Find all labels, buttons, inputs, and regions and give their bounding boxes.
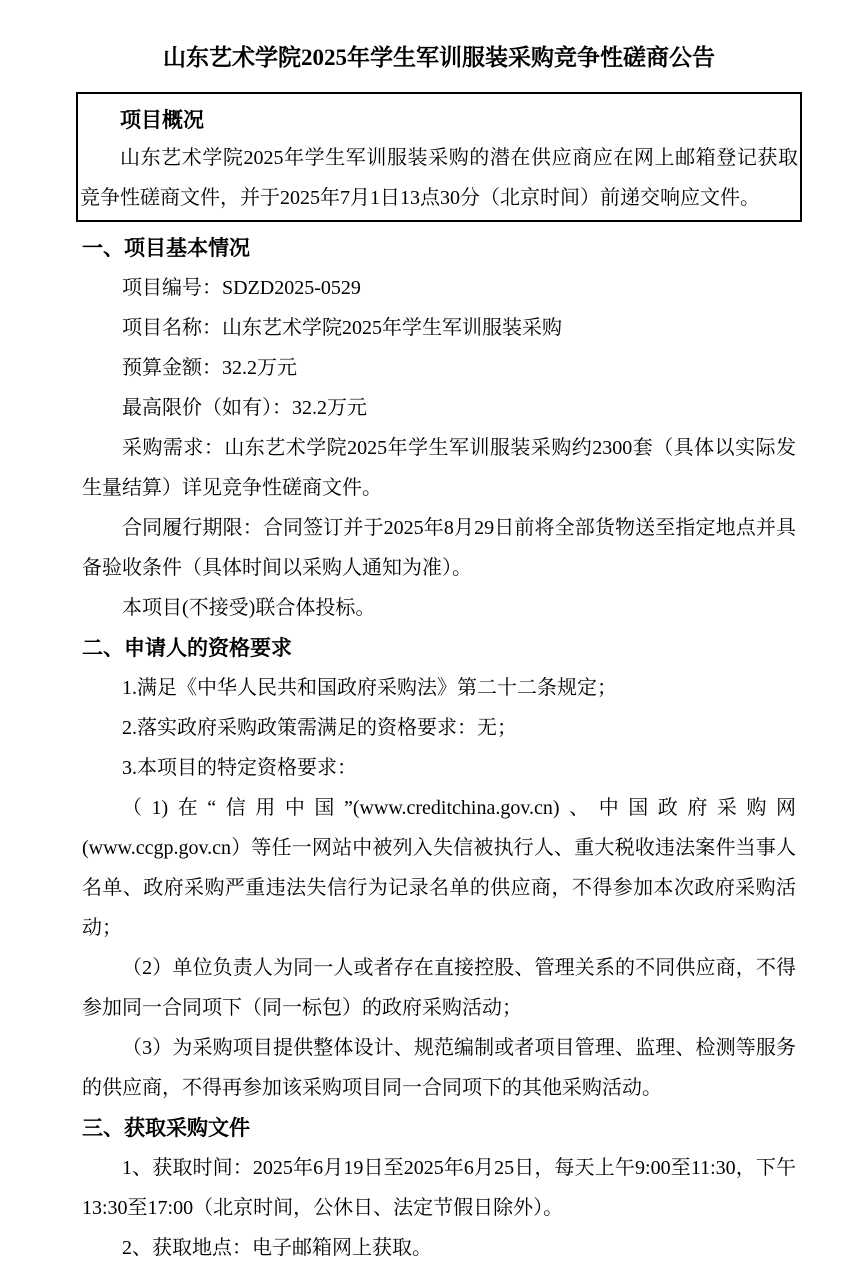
overview-heading: 项目概况 [80,102,798,138]
paragraph-project-name: 项目名称：山东艺术学院2025年学生军训服装采购 [82,308,796,348]
paragraph-qualification-3: 3.本项目的特定资格要求： [82,748,796,788]
document-title: 山东艺术学院2025年学生军训服装采购竞争性磋商公告 [82,42,796,74]
section-heading-obtain-documents: 三、获取采购文件 [82,1108,796,1148]
paragraph-project-number: 项目编号：SDZD2025-0529 [82,268,796,308]
section-heading-qualifications: 二、申请人的资格要求 [82,628,796,668]
section-heading-basic-info: 一、项目基本情况 [82,228,796,268]
paragraph-obtain-time: 1、获取时间：2025年6月19日至2025年6月25日，每天上午9:00至11… [82,1148,796,1228]
paragraph-consortium-bid: 本项目(不接受)联合体投标。 [82,588,796,628]
paragraph-qualification-1: 1.满足《中华人民共和国政府采购法》第二十二条规定； [82,668,796,708]
overview-body: 山东艺术学院2025年学生军训服装采购的潜在供应商应在网上邮箱登记获取竞争性磋商… [80,138,798,218]
section-applicant-qualifications: 二、申请人的资格要求 1.满足《中华人民共和国政府采购法》第二十二条规定； 2.… [82,628,796,1108]
document-content: 山东艺术学院2025年学生军训服装采购竞争性磋商公告 项目概况 山东艺术学院20… [0,0,856,1268]
section-basic-info: 一、项目基本情况 项目编号：SDZD2025-0529 项目名称：山东艺术学院2… [82,228,796,628]
overview-box: 项目概况 山东艺术学院2025年学生军训服装采购的潜在供应商应在网上邮箱登记获取… [76,92,802,222]
paragraph-max-price: 最高限价（如有）：32.2万元 [82,388,796,428]
paragraph-obtain-location: 2、获取地点：电子邮箱网上获取。 [82,1228,796,1268]
paragraph-contract-period: 合同履行期限：合同签订并于2025年8月29日前将全部货物送至指定地点并具备验收… [82,508,796,588]
paragraph-specific-requirement-3: （3）为采购项目提供整体设计、规范编制或者项目管理、监理、检测等服务的供应商，不… [82,1028,796,1108]
document-page: 山东艺术学院2025年学生军训服装采购竞争性磋商公告 项目概况 山东艺术学院20… [0,0,856,1272]
paragraph-budget-amount: 预算金额：32.2万元 [82,348,796,388]
paragraph-specific-requirement-1: （1)在“信用中国”(www.creditchina.gov.cn)、中国政府采… [82,788,796,948]
paragraph-procurement-demand: 采购需求：山东艺术学院2025年学生军训服装采购约2300套（具体以实际发生量结… [82,428,796,508]
paragraph-qualification-2: 2.落实政府采购政策需满足的资格要求：无； [82,708,796,748]
section-obtain-documents: 三、获取采购文件 1、获取时间：2025年6月19日至2025年6月25日，每天… [82,1108,796,1268]
paragraph-specific-requirement-2: （2）单位负责人为同一人或者存在直接控股、管理关系的不同供应商，不得参加同一合同… [82,948,796,1028]
